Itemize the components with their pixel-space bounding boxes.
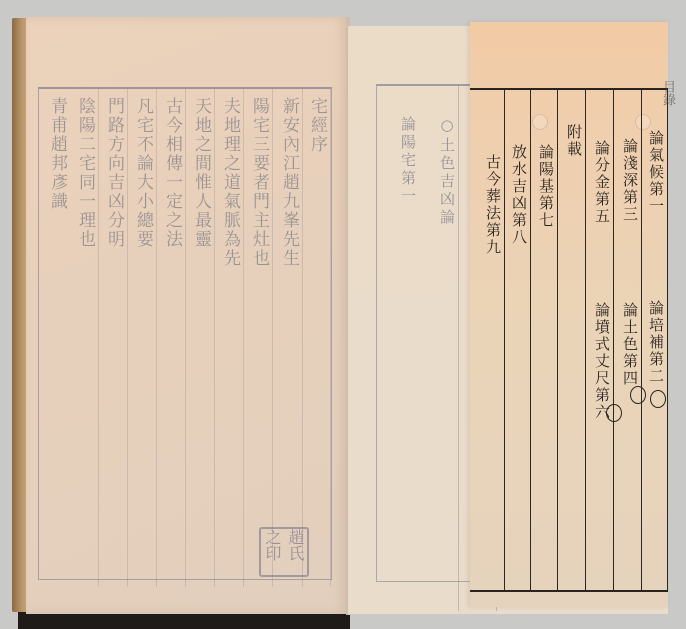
circle-mark bbox=[650, 390, 666, 408]
toc-slip: 論氣候第一 論培補第二 論淺深第三 論土色第四 論分金第五 論墳式丈尺第六 附載… bbox=[470, 22, 668, 607]
left-column-4: 夫地理之道氣脈為先 bbox=[214, 89, 244, 587]
left-print-frame: 宅經序 新安內江趙九峯先生 陽宅三要者門主灶也 夫地理之道氣脈為先 天地之間惟人… bbox=[38, 87, 332, 580]
left-column-8: 門路方向吉凶分明 bbox=[98, 89, 128, 587]
left-column-6: 古今相傳一定之法 bbox=[156, 89, 186, 587]
toc-column: 附載 bbox=[557, 90, 586, 590]
table-shadow bbox=[18, 612, 350, 629]
toc-column: 放水吉凶第八 bbox=[504, 90, 531, 590]
under-column-2: ○土色吉凶論 bbox=[418, 86, 459, 611]
toc-entry: 論培補第二 bbox=[646, 300, 666, 385]
toc-entry: 放水吉凶第八 bbox=[509, 144, 529, 246]
left-column-7: 凡宅不論大小總要 bbox=[127, 89, 157, 587]
circle-mark bbox=[630, 386, 646, 404]
under-column-3: 論陽宅第一 bbox=[379, 86, 419, 611]
left-column-3: 陽宅三要者門主灶也 bbox=[243, 89, 273, 587]
toc-entry: 論分金第五 bbox=[592, 140, 612, 225]
circle-mark bbox=[606, 404, 622, 422]
toc-column: 論分金第五 論墳式丈尺第六 bbox=[585, 90, 614, 590]
left-column-10: 青甫趙邦彥識 bbox=[40, 89, 70, 587]
toc-column: 論淺深第三 論土色第四 bbox=[613, 90, 642, 590]
toc-entry: 論淺深第三 bbox=[620, 138, 640, 223]
edge-title: 目錄 bbox=[658, 80, 677, 106]
toc-entry: 論陽基第七 bbox=[536, 144, 556, 229]
left-column-9: 陰陽二宅同一理也 bbox=[69, 89, 99, 587]
toc-column: 論氣候第一 論培補第二 bbox=[641, 90, 668, 590]
toc-entry: 論氣候第一 bbox=[646, 130, 666, 215]
left-column-2: 新安內江趙九峯先生 bbox=[272, 89, 303, 587]
toc-entry: 論墳式丈尺第六 bbox=[592, 302, 612, 421]
toc-frame: 論氣候第一 論培補第二 論淺深第三 論土色第四 論分金第五 論墳式丈尺第六 附載… bbox=[470, 88, 668, 592]
toc-column: 論陽基第七 bbox=[530, 90, 558, 590]
left-column-5: 天地之間惟人最靈 bbox=[185, 89, 215, 587]
left-page: 宅經序 新安內江趙九峯先生 陽宅三要者門主灶也 夫地理之道氣脈為先 天地之間惟人… bbox=[26, 17, 348, 614]
seal-stamp: 趙氏之印 bbox=[259, 527, 309, 577]
toc-column: 古今葬法第九 bbox=[480, 90, 505, 590]
toc-entry: 論土色第四 bbox=[620, 302, 640, 387]
left-column-1: 宅經序 bbox=[302, 89, 331, 587]
toc-entry: 附載 bbox=[564, 124, 584, 158]
toc-entry: 古今葬法第九 bbox=[483, 154, 503, 256]
